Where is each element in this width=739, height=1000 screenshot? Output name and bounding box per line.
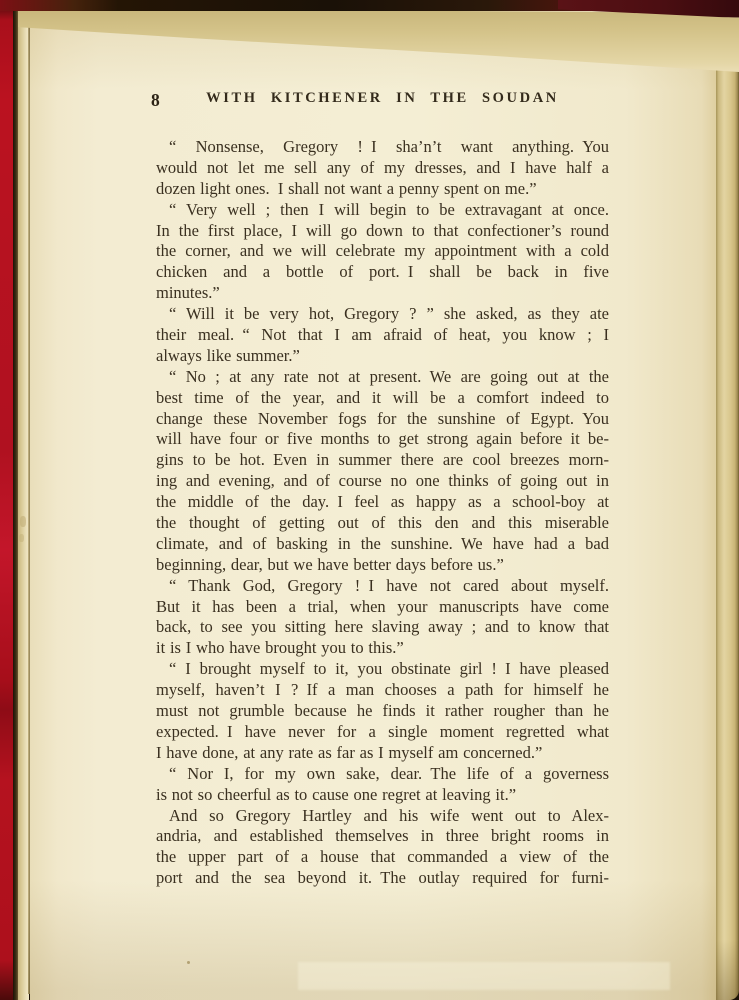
text-line: back, to see you sitting here slaving aw… bbox=[156, 617, 609, 638]
text-line: will have four or five months to get str… bbox=[156, 429, 609, 450]
text-line: dozen light ones. I shall not want a pen… bbox=[156, 179, 609, 200]
text-line: “ Thank God, Gregory ! I have not cared … bbox=[156, 576, 609, 597]
text-line: And so Gregory Hartley and his wife went… bbox=[156, 806, 609, 827]
text-line: “ I brought myself to it, you obstinate … bbox=[156, 659, 609, 680]
book-cover-spine bbox=[0, 0, 14, 1000]
text-line: always like summer.” bbox=[156, 346, 609, 367]
text-line: minutes.” bbox=[156, 283, 609, 304]
text-line: best time of the year, and it will be a … bbox=[156, 388, 609, 409]
text-line: climate, and of basking in the sunshine.… bbox=[156, 534, 609, 555]
book-scan: 8 WITH KITCHENER IN THE SOUDAN “ Nonsens… bbox=[0, 0, 739, 1000]
text-line: “ Very well ; then I will begin to be ex… bbox=[156, 200, 609, 221]
text-line: “ No ; at any rate not at present. We ar… bbox=[156, 367, 609, 388]
text-line: it is I who have brought you to this.” bbox=[156, 638, 609, 659]
page-header: 8 WITH KITCHENER IN THE SOUDAN bbox=[156, 90, 609, 112]
text-line: the thought of getting out of this den a… bbox=[156, 513, 609, 534]
text-line: “ Nonsense, Gregory ! I sha’n’t want any… bbox=[156, 137, 609, 158]
paper-speck bbox=[20, 516, 26, 527]
text-line: expected. I have never for a single mome… bbox=[156, 722, 609, 743]
text-line: “ Will it be very hot, Gregory ? ” she a… bbox=[156, 304, 609, 325]
right-page-edges bbox=[716, 12, 739, 1000]
text-line: beginning, dear, but we have better days… bbox=[156, 555, 609, 576]
text-line: their meal. “ Not that I am afraid of he… bbox=[156, 325, 609, 346]
text-line: would not let me sell any of my dresses,… bbox=[156, 158, 609, 179]
gutter-crease-line bbox=[28, 26, 30, 994]
book-page: 8 WITH KITCHENER IN THE SOUDAN “ Nonsens… bbox=[30, 0, 722, 1000]
text-line: andria, and established themselves in th… bbox=[156, 826, 609, 847]
text-line: I have done, at any rate as far as I mys… bbox=[156, 743, 609, 764]
scan-light-band bbox=[298, 962, 670, 990]
page-number: 8 bbox=[151, 90, 160, 111]
spine-seam bbox=[13, 0, 18, 1000]
text-line: the upper part of a house that commanded… bbox=[156, 847, 609, 868]
running-header: WITH KITCHENER IN THE SOUDAN bbox=[156, 90, 609, 107]
body-text: “ Nonsense, Gregory ! I sha’n’t want any… bbox=[156, 137, 609, 889]
text-line: “ Nor I, for my own sake, dear. The life… bbox=[156, 764, 609, 785]
right-corner-shade bbox=[716, 940, 739, 1000]
text-line: the middle of the day. I feel as happy a… bbox=[156, 492, 609, 513]
text-line: In the first place, I will go down to th… bbox=[156, 221, 609, 242]
paper-speck bbox=[19, 534, 24, 542]
text-line: myself, haven’t I ? If a man chooses a p… bbox=[156, 680, 609, 701]
text-line: the corner, and we will celebrate my app… bbox=[156, 241, 609, 262]
paper-speck bbox=[187, 961, 190, 964]
text-line: chicken and a bottle of port. I shall be… bbox=[156, 262, 609, 283]
text-line: But it has been a trial, when your manus… bbox=[156, 597, 609, 618]
text-line: gins to be hot. Even in summer there are… bbox=[156, 450, 609, 471]
text-line: ing and evening, and of course no one th… bbox=[156, 471, 609, 492]
text-line: is not so cheerful as to cause one regre… bbox=[156, 785, 609, 806]
text-line: port and the sea beyond it. The outlay r… bbox=[156, 868, 609, 889]
text-line: must not grumble because he finds it rat… bbox=[156, 701, 609, 722]
text-line: change these November fogs for the sunsh… bbox=[156, 409, 609, 430]
